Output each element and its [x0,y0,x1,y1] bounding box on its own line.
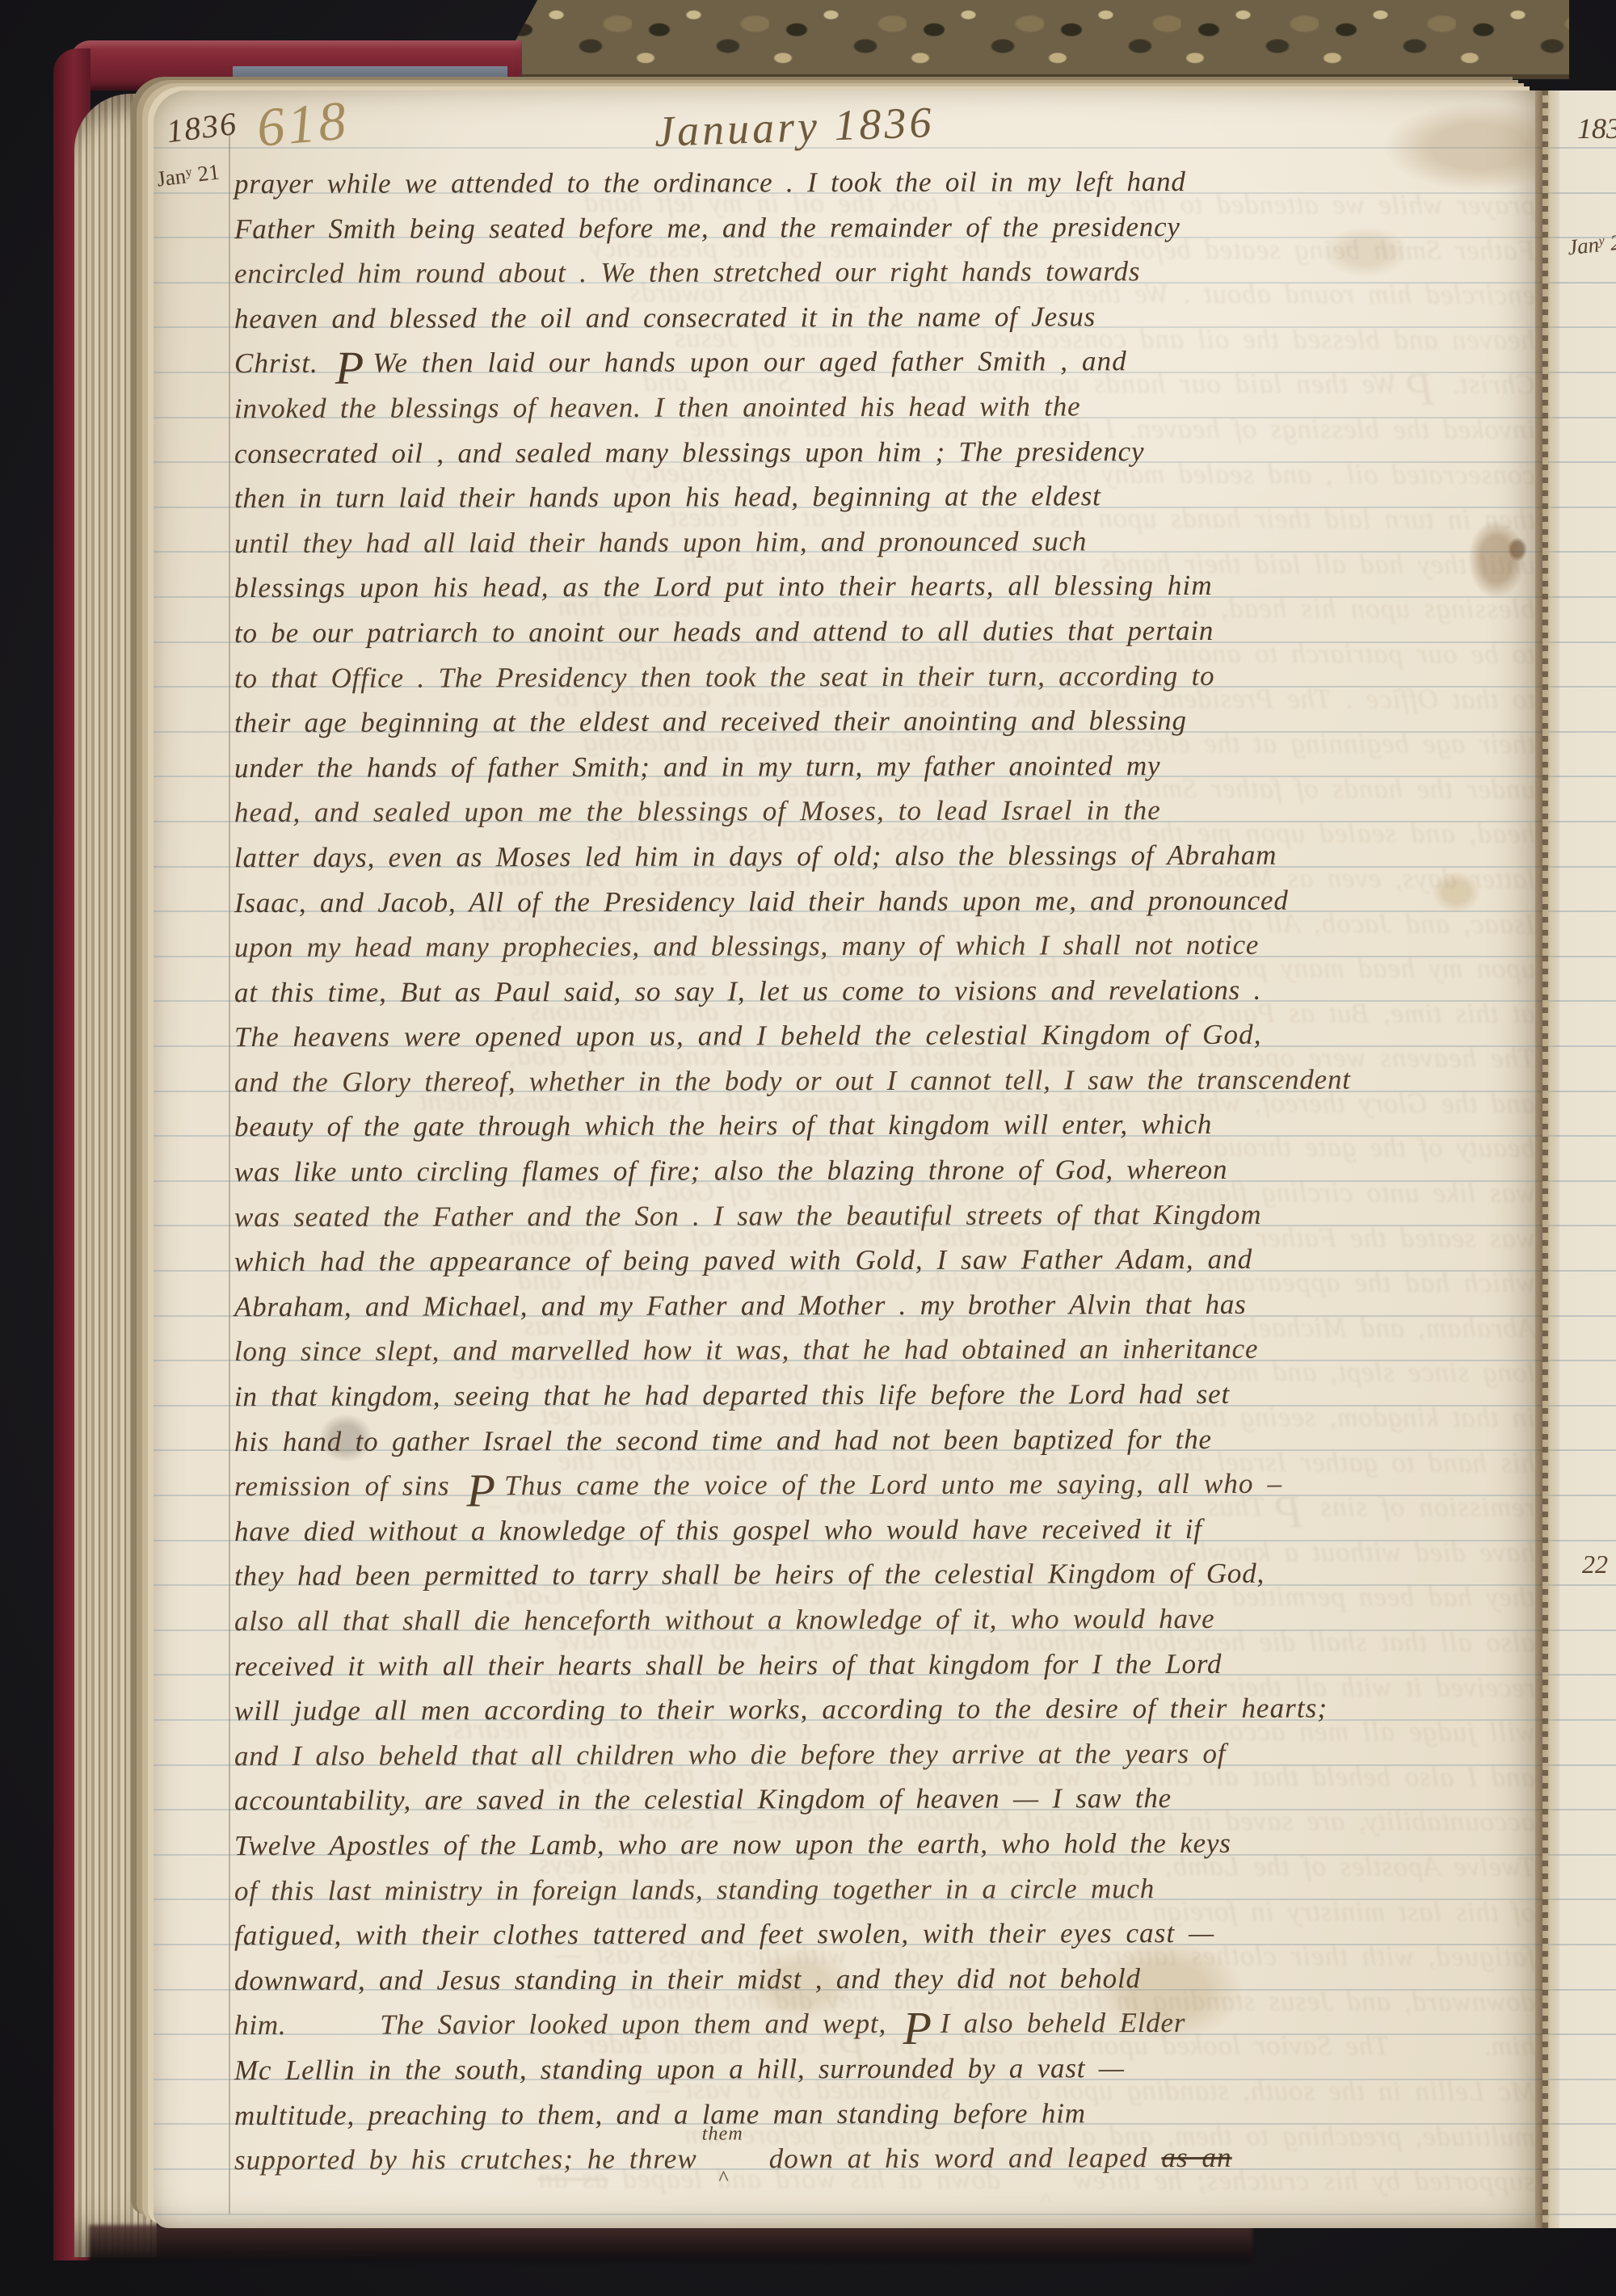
struck-text: as an [1161,2142,1231,2173]
manuscript-line: at this time, But as Paul said, so say I… [234,967,1535,1016]
manuscript-line: and I also beheld that all children who … [234,1730,1535,1779]
manuscript-line: invoked the blessings of heaven. I then … [234,383,1535,431]
manuscript-line: also all that shall die henceforth witho… [234,1596,1535,1644]
manuscript-line: to that Office . The Presidency then too… [234,652,1535,700]
facing-margin-note-day: 22 [1582,1550,1608,1579]
manuscript-line: Abraham, and Michael, and my Father and … [234,1281,1535,1330]
ruled-line [154,2214,1535,2215]
manuscript-line: will judge all men according to their wo… [234,1685,1535,1734]
manuscript-line: and the Glory thereof, whether in the bo… [234,1057,1535,1105]
manuscript-line: head, and sealed upon me the blessings o… [234,787,1535,835]
page-edges-stack [74,94,157,2257]
manuscript-line: in that kingdom, seeing that he had depa… [234,1371,1535,1419]
manuscript-line: supported by his crutches; he threwthem^… [234,2134,1535,2183]
manuscript-line: encircled him round about . We then stre… [234,248,1535,296]
manuscript-line: Christ. PWe then laid our hands upon our… [234,338,1535,386]
manuscript-line: consecrated oil , and sealed many blessi… [234,427,1535,476]
facing-year-note: 1836 [1577,111,1616,145]
inserted-word: them^ [697,2140,755,2168]
manuscript-line: received it with all their hearts shall … [234,1640,1535,1688]
manuscript-line: which had the appearance of being paved … [234,1236,1535,1285]
blue-endpaper-sliver [233,66,507,79]
page-number: 618 [255,88,351,160]
margin-rule-line [229,132,230,2214]
marbled-cover-edge [494,0,1569,79]
photo-stage: 1836 Jany 2 22 prayer while we attended … [0,0,1616,2296]
manuscript-line: multitude, preaching to them, and a lame… [234,2089,1535,2138]
manuscript-line: Mc Lellin in the south, standing upon a … [234,2045,1535,2093]
manuscript-line: under the hands of father Smith; and in … [234,742,1535,791]
facing-page-sliver: 1836 Jany 2 22 [1535,90,1616,2228]
header-title: January 1836 [654,97,935,157]
maroon-cover-top-edge [69,40,522,90]
manuscript-line: until they had all laid their hands upon… [234,518,1535,566]
manuscript-line: beauty of the gate through which the hei… [234,1101,1535,1150]
manuscript-line: have died without a knowledge of this go… [234,1506,1535,1554]
manuscript-line: Isaac, and Jacob, All of the Presidency … [234,877,1535,925]
manuscript-line: upon my head many prophecies, and blessi… [234,922,1535,970]
manuscript-line: Twelve Apostles of the Lamb, who are now… [234,1820,1535,1869]
body-lines: prayer while we attended to the ordinanc… [234,160,1535,2181]
manuscript-line: their age beginning at the eldest and re… [234,697,1535,746]
journal-page: prayer while we attended to the ordinanc… [154,90,1535,2228]
manuscript-line: his hand to gather Israel the second tim… [234,1416,1535,1465]
manuscript-line: long since slept, and marvelled how it w… [234,1326,1535,1374]
manuscript-line: to be our patriarch to anoint our heads … [234,608,1535,656]
margin-date-note: Jany 21 [155,159,221,191]
manuscript-line: fatigued, with their clothes tattered an… [234,1910,1535,1958]
manuscript-line: was seated the Father and the Son . I sa… [234,1192,1535,1240]
manuscript-line: blessings upon his head, as the Lord put… [234,562,1535,611]
manuscript-line: accountability, are saved in the celesti… [234,1775,1535,1823]
manuscript-line: then in turn laid their hands upon his h… [234,473,1535,521]
manuscript-line: prayer while we attended to the ordinanc… [234,158,1535,207]
manuscript-line: him. The Savior looked upon them and wep… [234,2000,1535,2048]
manuscript-line: remission of sins PThus came the voice o… [234,1461,1535,1509]
manuscript-line: Father Smith being seated before me, and… [234,203,1535,251]
book-bottom-edge [89,2225,1252,2262]
facing-margin-note-top: Jany 2 [1567,230,1616,261]
binding-thread [1542,90,1548,2228]
manuscript-line: was like unto circling flames of fire; a… [234,1146,1535,1195]
manuscript-line: latter days, even as Moses led him in da… [234,832,1535,881]
manuscript-line: of this last ministry in foreign lands, … [234,1865,1535,1913]
manuscript-line: The heavens were opened upon us, and I b… [234,1011,1535,1060]
manuscript-line: heaven and blessed the oil and consecrat… [234,293,1535,342]
manuscript-line: downward, and Jesus standing in their mi… [234,1955,1535,2004]
manuscript-line: they had been permitted to tarry shall b… [234,1550,1535,1599]
